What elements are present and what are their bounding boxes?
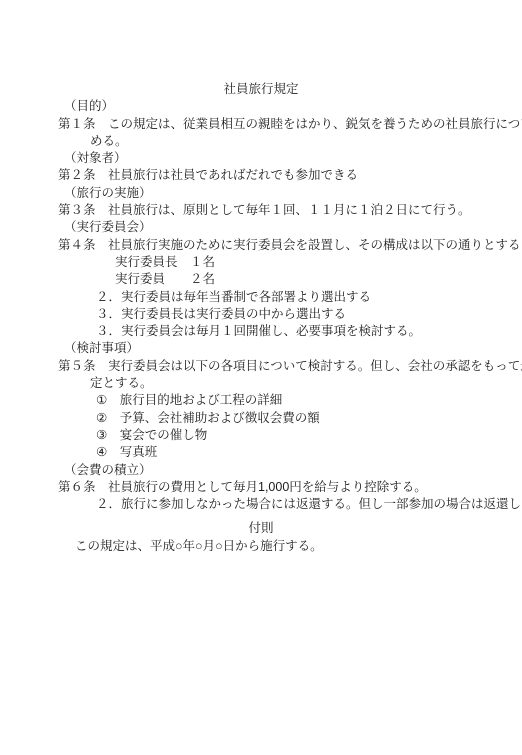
supplement-heading: 付則 <box>0 520 522 537</box>
supplement-text: この規定は、平成○年○月○日から施行する。 <box>0 538 522 555</box>
article-2: 第２条 社員旅行は社員であればだれでも参加できる <box>0 167 522 184</box>
committee-member-line: 実行委員 ２名 <box>0 271 522 288</box>
article-6-item-2: ２．旅行に参加しなかった場合には返還する。但し一部参加の場合は返還しない。 <box>0 496 522 513</box>
document-title: 社員旅行規定 <box>0 81 522 98</box>
discussion-item-2: ② 予算、会社補助および徴収会費の額 <box>0 410 522 427</box>
article-5-continuation: 定とする。 <box>0 375 522 392</box>
article-1-continuation: める。 <box>0 133 522 150</box>
article-4: 第４条 社員旅行実施のために実行委員会を設置し、その構成は以下の通りとする <box>0 237 522 254</box>
article-5: 第５条 実行委員会は以下の各項目について検討する。但し、会社の承認をもって最終決 <box>0 358 522 375</box>
article-6: 第６条 社員旅行の費用として毎月1,000円を給与より控除する。 <box>0 479 522 496</box>
article-4-item-3: ３．実行委員長は実行委員の中から選出する <box>0 306 522 323</box>
committee-chair-line: 実行委員長 １名 <box>0 254 522 271</box>
discussion-item-4: ④ 写真班 <box>0 444 522 461</box>
section-label-fee-reserve: （会費の積立） <box>0 462 522 479</box>
section-label-committee: （実行委員会） <box>0 219 522 236</box>
section-label-implementation: （旅行の実施） <box>0 185 522 202</box>
article-4-item-3b: ３．実行委員会は毎月１回開催し、必要事項を検討する。 <box>0 323 522 340</box>
document-body: 社員旅行規定 （目的） 第１条 この規定は、従業員相互の親睦をはかり、鋭気を養う… <box>0 0 522 555</box>
discussion-item-3: ③ 宴会での催し物 <box>0 427 522 444</box>
article-3: 第３条 社員旅行は、原則として毎年１回、１１月に１泊２日にて行う。 <box>0 202 522 219</box>
section-label-purpose: （目的） <box>0 98 522 115</box>
article-1: 第１条 この規定は、従業員相互の親睦をはかり、鋭気を養うための社員旅行について定 <box>0 116 522 133</box>
section-label-discussion: （検討事項） <box>0 340 522 357</box>
document-page: 社員旅行規定 （目的） 第１条 この規定は、従業員相互の親睦をはかり、鋭気を養う… <box>0 0 522 755</box>
section-label-target: （対象者） <box>0 150 522 167</box>
article-4-item-2: ２．実行委員は毎年当番制で各部署より選出する <box>0 289 522 306</box>
discussion-item-1: ① 旅行目的地および工程の詳細 <box>0 392 522 409</box>
